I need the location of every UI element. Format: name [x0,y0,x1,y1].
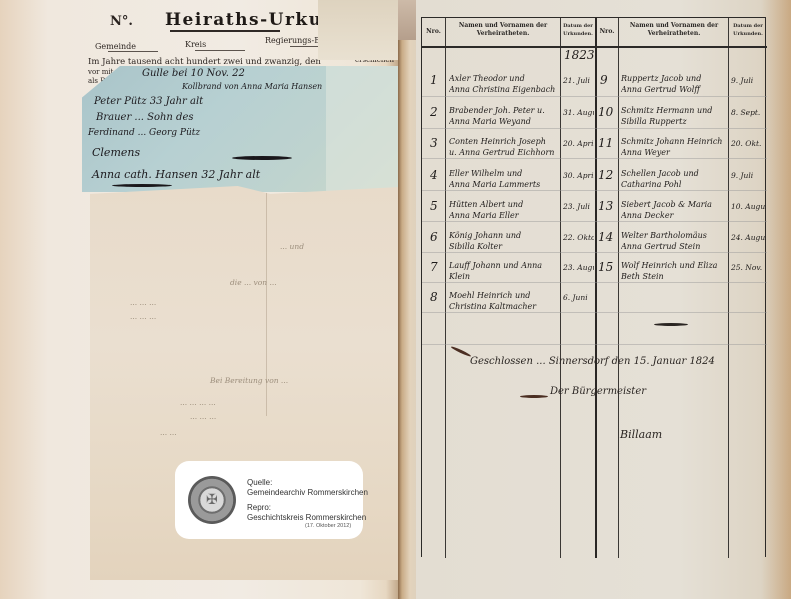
entry-date: 24. August [731,233,766,242]
geschichtskreis-seal-icon: ✠ [188,476,236,524]
entry-name-line-2: u. Anna Gertrud Eichhorn [449,147,559,158]
eagle-emblem-icon: ✠ [204,490,220,510]
note-line-5: Ferdinand ... Georg Pütz [88,128,200,138]
note-line-7: Anna cath. Hansen 32 Jahr alt [92,168,260,181]
entry-date: 23. Juli [563,202,594,211]
entry-number: 15 [598,260,613,274]
entry-name-line-1: Hütten Albert und [449,199,559,210]
repro-value: Geschichtskreis Rommerskirchen [247,513,366,522]
entry-date: 8. Sept. [731,108,766,117]
source-label: Quelle: [247,478,272,487]
entry-name-line-1: Siebert Jacob & Maria [621,199,727,210]
blue-handwritten-note: Gulle bei 10 Nov. 22 Kollbrand von Anna … [82,66,398,192]
entry-date: 9. Juli [731,76,766,85]
marriage-certificate-page: N°. Heiraths-Urkunde. Gemeinde Kreis Reg… [0,0,400,599]
entry-name-line-1: Ruppertz Jacob und [621,73,727,84]
mayor-title: Der Bürgermeister [550,386,646,397]
entry-number: 2 [430,105,438,119]
ink-flourish [112,184,172,187]
letter-line-2: die ... von ... [230,278,277,287]
letter-line-8: ... ... [160,428,177,437]
translucent-overlay [326,66,398,192]
header-names-left: Namen und Vornamen der Verheiratheten. [447,22,559,38]
entry-number: 7 [430,260,438,274]
register-closing-line: Geschlossen ... Sinnersdorf den 15. Janu… [470,356,715,367]
source-value: Gemeindearchiv Rommerskirchen [247,488,368,497]
entry-number: 1 [430,73,438,87]
entry-number: 14 [598,230,613,244]
letter-line-6: ... ... ... ... [180,398,216,407]
entry-name-line-2: Anna Maria Eller [449,210,559,221]
entry-name-line-1: Moehl Heinrich und [449,290,559,301]
entry-date: 30. April [563,171,594,180]
note-line-1: Gulle bei 10 Nov. 22 [142,68,245,79]
field-kreis: Kreis [185,40,206,49]
entry-name-line-2: Sibilla Kolter [449,241,559,252]
entry-name-line-2: Christina Kaltmacher [449,301,559,312]
entry-number: 8 [430,290,438,304]
entry-number: 12 [598,168,613,182]
entry-name-line-1: Schmitz Hermann und [621,105,727,116]
entry-date: 23. August [563,263,594,272]
gemeinde-rule [108,51,158,52]
entry-date: 20. April [563,139,594,148]
note-line-4: Brauer ... Sohn des [96,112,194,123]
column-divider [560,18,561,558]
repro-date: (17. Oktober 2012) [305,523,351,529]
header-nr-left: Nro. [422,28,445,36]
entry-date: 6. Juni [563,293,594,302]
letter-line-4: ... ... ... [130,312,156,321]
entry-number: 3 [430,136,438,150]
entry-date: 21. Juli [563,76,594,85]
entry-name-line-2: Klein [449,271,559,282]
entry-name-line-1: König Johann und [449,230,559,241]
entry-name-line-1: Schmitz Johann Heinrich [621,136,727,147]
column-divider [728,18,729,558]
repro-label: Repro: [247,503,271,512]
marriage-register-table: Nro. Namen und Vornamen der Verheirathet… [421,17,766,557]
entry-name-line-1: Brabender Joh. Peter u. [449,105,559,116]
entry-name-line-1: Lauff Johann und Anna [449,260,559,271]
mayor-signature: Billaam [620,428,662,441]
title-underline [170,30,280,32]
entry-name-line-1: Welter Bartholomäus [621,230,727,241]
certificate-line-1: Im Jahre tausend acht hundert zwei und z… [88,57,321,67]
field-gemeinde: Gemeinde [95,42,136,51]
letter-line-3: ... ... ... [130,298,156,307]
entry-number: 13 [598,199,613,213]
entry-name-line-1: Schellen Jacob und [621,168,727,179]
entry-name-line-2: Anna Maria Weyand [449,116,559,127]
entry-name-line-1: Conten Heinrich Joseph [449,136,559,147]
entry-number: 4 [430,168,438,182]
entry-date: 25. Nov. [731,263,766,272]
civil-register-page: Nro. Namen und Vornamen der Verheirathet… [416,0,791,599]
letter-line-7: ... ... ... [190,412,216,421]
entry-date: 31. August [563,108,594,117]
entry-number: 11 [598,136,613,150]
column-divider [595,18,597,558]
entry-name-line-2: Catharina Pohl [621,179,727,190]
entry-name-line-1: Eller Wilhelm und [449,168,559,179]
note-line-6: Clemens [92,146,140,159]
letter-line-1: ... und [280,242,304,251]
register-year: 1823 [564,48,595,62]
header-date-right: Datum der Urkunden. [729,22,767,38]
entry-name-line-2: Anna Gertrud Wolff [621,84,727,95]
entry-name-line-2: Anna Christina Eigenbach [449,84,559,95]
entry-date: 9. Juli [731,171,766,180]
ink-flourish [232,156,292,160]
entry-name-line-2: Anna Gertrud Stein [621,241,727,252]
torn-binding [398,0,418,40]
column-divider [445,18,446,558]
column-divider [618,18,619,558]
folded-paper-strip [318,0,400,60]
header-date-left: Datum der Urkunden. [561,22,595,38]
entry-name-line-2: Beth Stein [621,271,727,282]
entry-name-line-2: Anna Decker [621,210,727,221]
letter-line-5: Bei Bereitung von ... [210,376,288,385]
ink-flourish [450,345,471,357]
kreis-rule [195,50,245,51]
entry-number: 9 [600,73,608,87]
entry-name-line-1: Axler Theodor und [449,73,559,84]
note-line-2: Kollbrand von Anna Maria Hansen [182,82,322,91]
entry-date: 20. Okt. [731,139,766,148]
entry-name-line-2: Anna Weyer [621,147,727,158]
entry-date: 22. Oktober [563,233,594,242]
note-line-3: Peter Pütz 33 Jahr alt [94,96,203,107]
entry-name-line-2: Sibilla Ruppertz [621,116,727,127]
entry-number: 10 [598,105,613,119]
closing-dash [654,323,688,326]
certificate-number-label: N°. [110,14,133,29]
archive-watermark-label: ✠ Quelle: Gemeindearchiv Rommerskirchen … [175,461,363,539]
entry-date: 10. August [731,202,766,211]
entry-number: 5 [430,199,438,213]
book-spine [398,0,418,599]
header-nr-right: Nro. [596,28,618,36]
photo-scene: N°. Heiraths-Urkunde. Gemeinde Kreis Reg… [0,0,791,599]
entry-name-line-1: Wolf Heinrich und Eliza [621,260,727,271]
ink-flourish [520,395,548,398]
header-names-right: Namen und Vornamen der Verheiratheten. [620,22,728,38]
entry-number: 6 [430,230,438,244]
entry-name-line-2: Anna Maria Lammerts [449,179,559,190]
